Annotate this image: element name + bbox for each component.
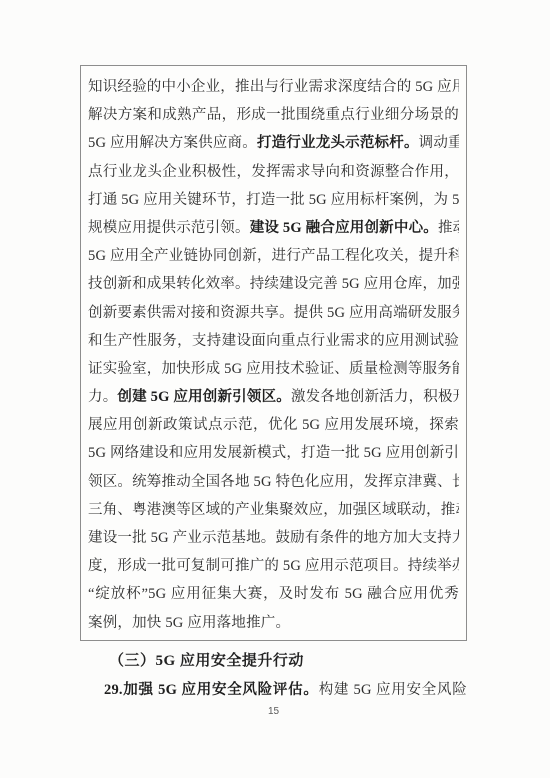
text-line: 知识经验的中小企业，推出与行业需求深度结合的 5G 应用 — [88, 73, 459, 101]
text-line: 点行业龙头企业积极性，发挥需求导向和资源整合作用， — [88, 158, 459, 186]
page-number: 15 — [80, 706, 467, 717]
text-line: 三角、粤港澳等区域的产业集聚效应，加强区域联动，推动 — [88, 496, 459, 524]
text-segment: 5G 应用解决方案供应商。 — [88, 135, 257, 151]
text-segment: “绽放杯”5G 应用征集大赛，及时发布 5G 融合应用优秀 — [88, 586, 459, 602]
text-segment: 证实验室，加快形成 5G 应用技术验证、质量检测等服务能 — [88, 361, 459, 377]
text-segment: 调动重 — [419, 135, 459, 151]
text-segment: 5G 应用全产业链协同创新，进行产品工程化攻关，提升科 — [88, 248, 459, 264]
text-segment: 建设一批 5G 产业示范基地。鼓励有条件的地方加大支持力 — [88, 530, 459, 546]
text-line: 5G 网络建设和应用发展新模式，打造一批 5G 应用创新引 — [88, 439, 459, 467]
paragraph-29: 29.加强 5G 应用安全风险评估。构建 5G 应用安全风险 — [80, 679, 467, 701]
text-segment: 技创新和成果转化效率。持续建设完善 5G 应用仓库，加强 — [88, 276, 459, 292]
text-segment: 三角、粤港澳等区域的产业集聚效应，加强区域联动，推动 — [88, 502, 459, 518]
text-segment: 打通 5G 应用关键环节，打造一批 5G 应用标杆案例，为 5G — [88, 192, 459, 208]
text-line: “绽放杯”5G 应用征集大赛，及时发布 5G 融合应用优秀 — [88, 580, 459, 608]
text-line: 5G 应用解决方案供应商。打造行业龙头示范标杆。调动重 — [88, 129, 459, 157]
text-segment: 展应用创新政策试点示范，优化 5G 应用发展环境，探索 — [88, 417, 459, 433]
text-line: 力。创建 5G 应用创新引领区。激发各地创新活力，积极开 — [88, 383, 459, 411]
text-segment: 知识经验的中小企业，推出与行业需求深度结合的 5G 应用 — [88, 79, 459, 95]
text-line: 度，形成一批可复制可推广的 5G 应用示范项目。持续举办 — [88, 552, 459, 580]
text-line: 案例，加快 5G 应用落地推广。 — [88, 609, 459, 637]
text-line: 和生产性服务，支持建设面向重点行业需求的应用测试验 — [88, 327, 459, 355]
text-box: 知识经验的中小企业，推出与行业需求深度结合的 5G 应用解决方案和成熟产品，形成… — [80, 65, 467, 641]
text-segment: 激发各地创新活力，积极开 — [291, 389, 459, 405]
text-segment: 点行业龙头企业积极性，发挥需求导向和资源整合作用， — [88, 164, 459, 180]
text-segment: 5G 网络建设和应用发展新模式，打造一批 5G 应用创新引 — [88, 445, 459, 461]
text-segment: 推动 — [438, 220, 459, 236]
paragraph-29-bold-lead: 29.加强 5G 应用安全风险评估。 — [104, 682, 319, 698]
section-heading: （三）5G 应用安全提升行动 — [80, 650, 467, 672]
text-line: 证实验室，加快形成 5G 应用技术验证、质量检测等服务能 — [88, 355, 459, 383]
text-line: 规模应用提供示范引领。建设 5G 融合应用创新中心。推动 — [88, 214, 459, 242]
text-segment: 创新要素供需对接和资源共享。提供 5G 应用高端研发服务 — [88, 305, 459, 321]
text-segment-bold: 打造行业龙头示范标杆。 — [257, 135, 419, 151]
text-segment-bold: 创建 5G 应用创新引领区。 — [117, 389, 291, 405]
text-line: 领区。统筹推动全国各地 5G 特色化应用，发挥京津冀、长 — [88, 468, 459, 496]
text-segment-bold: 建设 5G 融合应用创新中心。 — [250, 220, 438, 236]
text-segment: 领区。统筹推动全国各地 5G 特色化应用，发挥京津冀、长 — [88, 474, 459, 490]
text-line: 打通 5G 应用关键环节，打造一批 5G 应用标杆案例，为 5G — [88, 186, 459, 214]
text-segment: 度，形成一批可复制可推广的 5G 应用示范项目。持续举办 — [88, 558, 459, 574]
paragraph-29-body: 构建 5G 应用安全风险 — [319, 682, 467, 698]
document-page: 知识经验的中小企业，推出与行业需求深度结合的 5G 应用解决方案和成熟产品，形成… — [0, 0, 550, 778]
text-segment: 和生产性服务，支持建设面向重点行业需求的应用测试验 — [88, 333, 459, 349]
text-line: 技创新和成果转化效率。持续建设完善 5G 应用仓库，加强 — [88, 270, 459, 298]
text-line: 展应用创新政策试点示范，优化 5G 应用发展环境，探索 — [88, 411, 459, 439]
text-line: 解决方案和成熟产品，形成一批围绕重点行业细分场景的 — [88, 101, 459, 129]
text-line: 建设一批 5G 产业示范基地。鼓励有条件的地方加大支持力 — [88, 524, 459, 552]
text-segment: 规模应用提供示范引领。 — [88, 220, 250, 236]
text-line: 5G 应用全产业链协同创新，进行产品工程化攻关，提升科 — [88, 242, 459, 270]
text-segment: 力。 — [88, 389, 117, 405]
text-segment: 解决方案和成熟产品，形成一批围绕重点行业细分场景的 — [88, 107, 459, 123]
text-segment: 案例，加快 5G 应用落地推广。 — [88, 615, 290, 631]
text-line: 创新要素供需对接和资源共享。提供 5G 应用高端研发服务 — [88, 299, 459, 327]
